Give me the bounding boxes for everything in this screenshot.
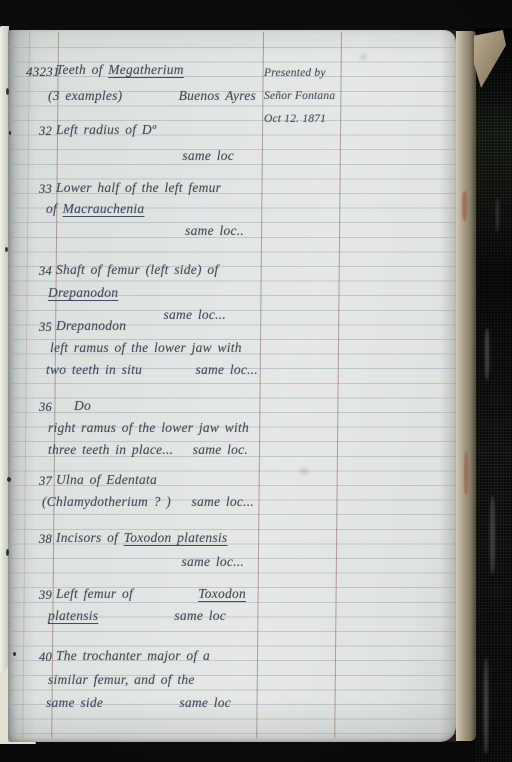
- entry-text: Megatherium: [108, 62, 183, 77]
- entry-text: (3 examples): [48, 88, 122, 106]
- entry-number: 34: [32, 264, 52, 279]
- entry-text: Shaft of femur (left side) of: [56, 262, 218, 277]
- entry-text: same loc...: [196, 362, 259, 380]
- entry-text: The trochanter major of a: [56, 648, 210, 663]
- entry-line: same sidesame loc: [46, 695, 231, 713]
- provenance-line: Oct 12. 1871: [264, 108, 348, 131]
- entry-text: right ramus of the lower jaw with: [48, 420, 249, 435]
- register-entry: 35Drepanodonleft ramus of the lower jaw …: [8, 318, 456, 319]
- entry-text: Drepanodon: [48, 285, 118, 300]
- register-entry: 37Ulna of Edentata(Chlamydotherium ? )sa…: [8, 472, 456, 473]
- ink-blot: [13, 652, 16, 656]
- entry-text: same loc: [179, 695, 231, 713]
- entry-line: Teeth of Megatherium: [56, 62, 256, 80]
- entry-number: 33: [32, 182, 52, 197]
- entry-text: Do: [74, 398, 91, 413]
- entry-line: of Macrauchenia: [46, 201, 246, 219]
- entry-number: 38: [32, 532, 52, 547]
- book-cover-cloth: [476, 28, 512, 762]
- entry-line: platensissame loc: [48, 608, 226, 626]
- entry-text: Buenos Ayres: [179, 88, 256, 106]
- provenance-line: Presented by: [264, 62, 348, 85]
- entry-text: Macrauchenia: [63, 201, 145, 216]
- entry-number: 32: [32, 124, 52, 139]
- register-entry: 32Left radius of Dºsame loc: [8, 122, 456, 123]
- ink-blot: [9, 131, 11, 135]
- register-entries: 43231Teeth of Megatherium(3 examples)Bue…: [8, 30, 456, 742]
- entry-text: Left radius of Dº: [56, 122, 156, 137]
- entry-text: same loc...: [192, 494, 255, 512]
- entry-text: three teeth in place...: [48, 442, 173, 460]
- entry-line: Drepanodon: [56, 318, 256, 336]
- entry-number: 35: [32, 320, 52, 335]
- register-entry: 40The trochanter major of asimilar femur…: [8, 648, 456, 649]
- ink-blot: [6, 88, 9, 95]
- entry-line: Lower half of the left femur: [56, 180, 256, 198]
- fox-spot: [360, 54, 367, 60]
- entry-line: same loc: [56, 148, 234, 166]
- entry-text: Teeth of: [56, 62, 108, 77]
- fore-edge-mark: [462, 191, 467, 221]
- entry-line: The trochanter major of a: [56, 648, 256, 666]
- entry-text: same loc: [174, 608, 226, 626]
- entry-line: Do: [74, 398, 274, 416]
- register-entry: 36Doright ramus of the lower jaw withthr…: [8, 398, 456, 399]
- register-entry: 33Lower half of the left femurof Macrauc…: [8, 180, 456, 181]
- fox-spot: [300, 468, 309, 475]
- register-entry: 34Shaft of femur (left side) ofDrepanodo…: [8, 262, 456, 263]
- entry-number: 37: [32, 474, 52, 489]
- cover-scuff: [496, 198, 499, 232]
- entry-text: Drepanodon: [56, 318, 126, 333]
- entry-line: (3 examples)Buenos Ayres: [48, 88, 256, 106]
- provenance-line: Señor Fontana: [264, 85, 348, 108]
- entry-line: two teeth in situsame loc...: [46, 362, 258, 380]
- cover-scuff: [485, 328, 489, 380]
- cover-scuff: [484, 658, 488, 754]
- entry-text: same loc...: [182, 554, 245, 569]
- register-page: 43231Teeth of Megatherium(3 examples)Bue…: [8, 30, 456, 742]
- register-entry: 43231Teeth of Megatherium(3 examples)Bue…: [8, 62, 456, 63]
- register-entry: 38Incisors of Toxodon platensissame loc.…: [8, 530, 456, 531]
- provenance-note: Presented by Señor Fontana Oct 12. 1871: [264, 62, 348, 131]
- entry-number: 40: [32, 650, 52, 665]
- entry-line: (Chlamydotherium ? )same loc...: [42, 494, 254, 512]
- ink-blot: [7, 477, 11, 482]
- entry-line: three teeth in place...same loc.: [48, 442, 248, 460]
- page-fore-edge: [456, 31, 476, 741]
- entry-text: Lower half of the left femur: [56, 180, 221, 195]
- entry-text: (Chlamydotherium ? ): [42, 494, 171, 512]
- entry-line: Shaft of femur (left side) of: [56, 262, 256, 280]
- entry-text: same loc..: [185, 223, 244, 238]
- entry-number: 39: [32, 588, 52, 603]
- ink-blot: [6, 549, 9, 556]
- entry-line: Left femur ofToxodon: [56, 586, 246, 604]
- entry-line: similar femur, and of the: [48, 672, 248, 690]
- entry-line: Ulna of Edentata: [56, 472, 256, 490]
- entry-text: platensis: [48, 608, 98, 626]
- entry-line: Left radius of Dº: [56, 122, 256, 140]
- entry-line: right ramus of the lower jaw with: [48, 420, 248, 438]
- entry-text: Left femur of: [56, 586, 133, 604]
- entry-line: Incisors of Toxodon platensis: [56, 530, 256, 548]
- entry-number: 36: [32, 400, 52, 415]
- entry-line: Drepanodon: [48, 285, 248, 303]
- entry-text: same loc.: [193, 442, 248, 460]
- ink-blot: [5, 247, 8, 252]
- entry-text: Ulna of Edentata: [56, 472, 157, 487]
- fore-edge-mark: [464, 451, 468, 495]
- entry-text: same loc: [182, 148, 234, 163]
- entry-text: similar femur, and of the: [48, 672, 195, 687]
- entry-line: left ramus of the lower jaw with: [50, 340, 250, 358]
- entry-text: left ramus of the lower jaw with: [50, 340, 242, 355]
- entry-text: Toxodon platensis: [124, 530, 228, 545]
- scanned-register-photo: 43231Teeth of Megatherium(3 examples)Bue…: [0, 0, 512, 762]
- entry-text: of: [46, 201, 63, 216]
- entry-line: same loc...: [56, 554, 244, 572]
- register-entry: 39Left femur ofToxodonplatensissame loc: [8, 586, 456, 587]
- entry-text: two teeth in situ: [46, 362, 142, 380]
- entry-text: Toxodon: [198, 586, 246, 604]
- entry-text: Incisors of: [56, 530, 124, 545]
- entry-line: same loc..: [56, 223, 244, 241]
- cover-scuff: [490, 496, 495, 574]
- entry-text: same side: [46, 695, 103, 713]
